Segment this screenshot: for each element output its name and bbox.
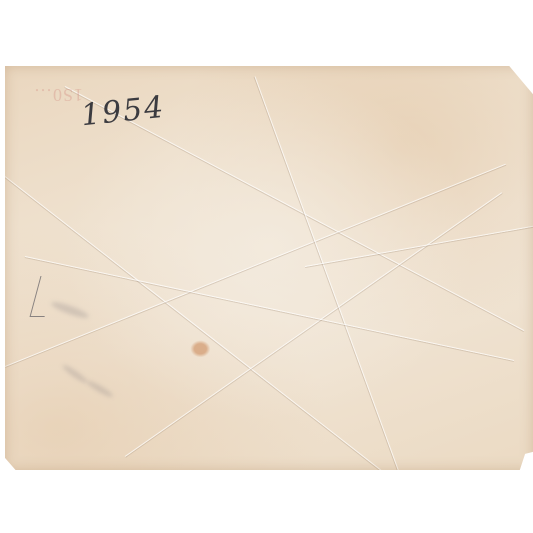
- crease: [5, 176, 447, 522]
- pencil-smudge: [50, 299, 90, 320]
- handwritten-year: 1954: [79, 90, 167, 134]
- crease: [305, 221, 533, 267]
- crease: [255, 76, 400, 471]
- crease: [25, 256, 514, 361]
- pencil-smudge: [86, 379, 115, 399]
- faded-stamp-text: 1S0…: [33, 84, 83, 105]
- pencil-smudge: [61, 363, 89, 385]
- pencil-mark: [30, 276, 56, 317]
- aged-paper-note: 1S0… 1954: [5, 66, 533, 470]
- crease: [5, 164, 506, 367]
